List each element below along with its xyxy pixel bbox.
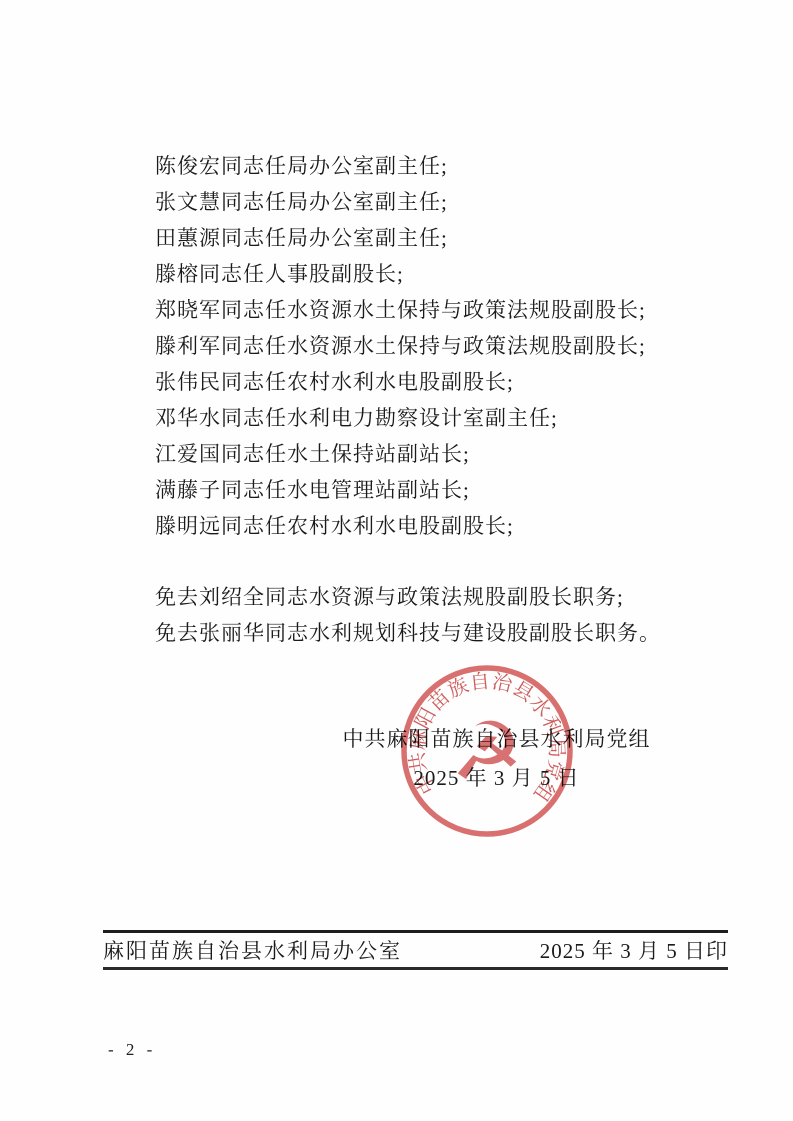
footer-bar: 麻阳苗族自治县水利局办公室 2025 年 3 月 5 日印: [103, 930, 728, 970]
appointment-line: 张伟民同志任农村水利水电股副股长;: [155, 364, 646, 400]
appointment-list: 陈俊宏同志任局办公室副主任; 张文慧同志任局办公室副主任; 田蕙源同志任局办公室…: [155, 148, 646, 544]
page-number: - 2 -: [108, 1040, 156, 1060]
signature-organization: 中共麻阳苗族自治县水利局党组: [200, 721, 793, 757]
appointment-line: 满藤子同志任水电管理站副站长;: [155, 472, 646, 508]
removal-line: 免去刘绍全同志水资源与政策法规股副股长职务;: [155, 579, 661, 615]
appointment-line: 田蕙源同志任局办公室副主任;: [155, 220, 646, 256]
signature-date: 2025 年 3 月 5 日: [200, 760, 793, 796]
appointment-line: 陈俊宏同志任局办公室副主任;: [155, 148, 646, 184]
footer-print-date: 2025 年 3 月 5 日印: [540, 935, 728, 965]
appointment-line: 江爱国同志任水土保持站副站长;: [155, 436, 646, 472]
appointment-line: 邓华水同志任水利电力勘察设计室副主任;: [155, 400, 646, 436]
appointment-line: 滕利军同志任水资源水土保持与政策法规股副股长;: [155, 328, 646, 364]
document-page: 陈俊宏同志任局办公室副主任; 张文慧同志任局办公室副主任; 田蕙源同志任局办公室…: [0, 0, 793, 1121]
appointment-line: 滕明远同志任农村水利水电股副股长;: [155, 508, 646, 544]
appointment-line: 郑晓军同志任水资源水土保持与政策法规股副股长;: [155, 292, 646, 328]
appointment-line: 滕榕同志任人事股副股长;: [155, 256, 646, 292]
appointment-line: 张文慧同志任局办公室副主任;: [155, 184, 646, 220]
removal-line: 免去张丽华同志水利规划科技与建设股副股长职务。: [155, 615, 661, 651]
footer-office-name: 麻阳苗族自治县水利局办公室: [103, 935, 402, 965]
removal-list: 免去刘绍全同志水资源与政策法规股副股长职务; 免去张丽华同志水利规划科技与建设股…: [155, 579, 661, 651]
